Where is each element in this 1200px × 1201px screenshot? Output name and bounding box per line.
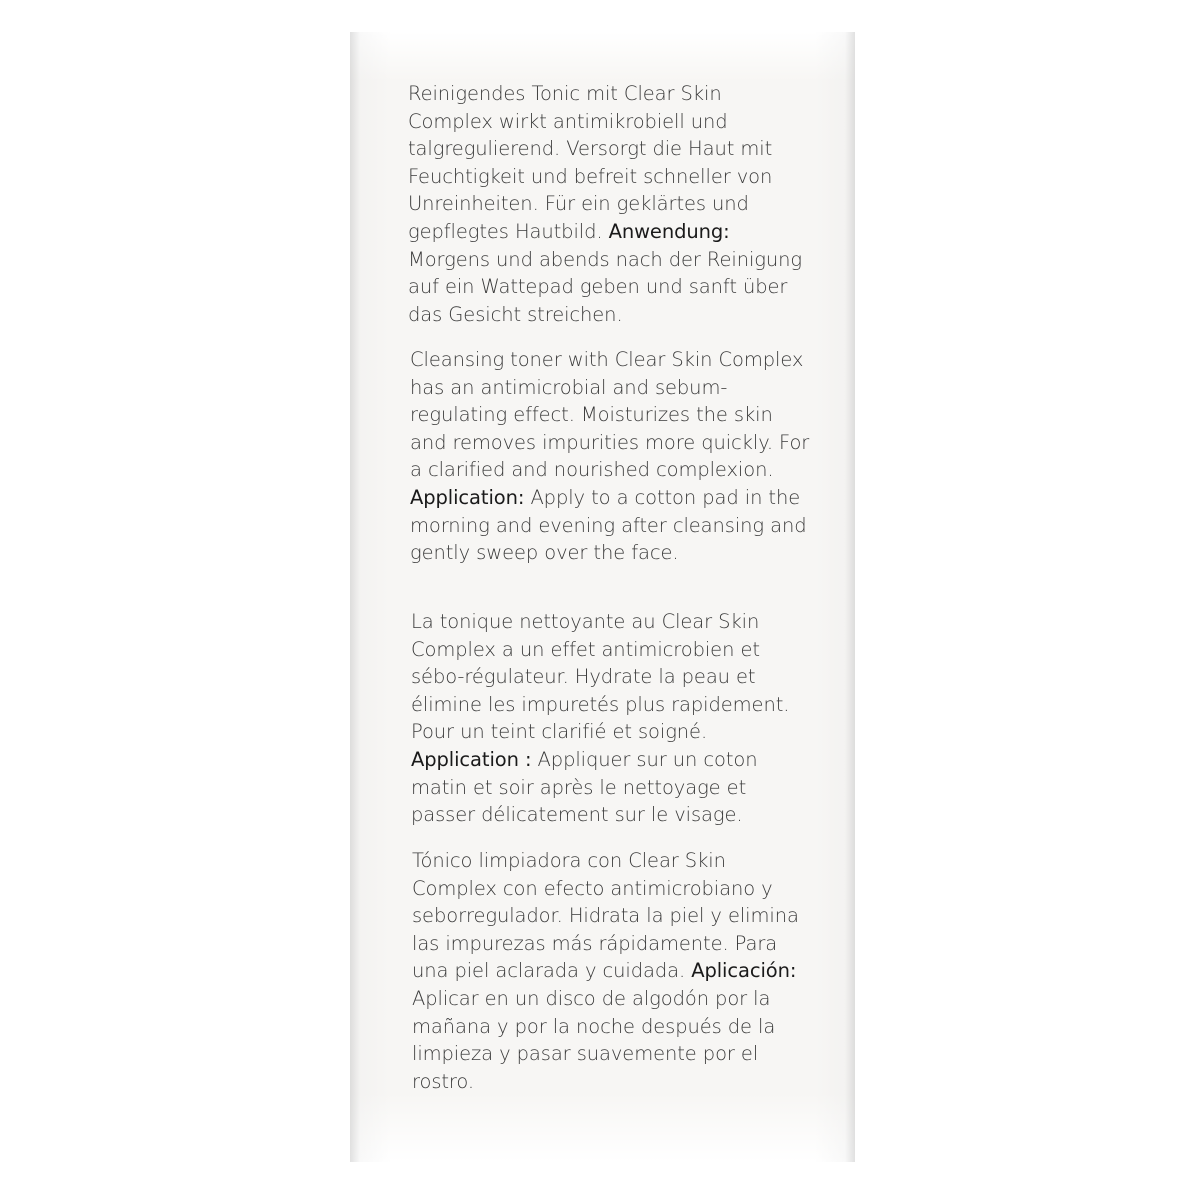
usage-text: Aplicar en un disco de algodón por la ma… xyxy=(412,987,775,1093)
usage-heading: Application : xyxy=(411,748,531,771)
usage-heading: Anwendung: xyxy=(609,220,730,243)
paragraph-french: La tonique nettoyante au Clear Skin Comp… xyxy=(411,608,811,829)
paragraph-text: Reinigendes Tonic mit Clear Skin Complex… xyxy=(408,80,808,328)
paragraph-spanish: Tónico limpiadora con Clear Skin Complex… xyxy=(412,847,812,1095)
usage-heading: Aplicación: xyxy=(691,959,796,982)
intro-text: La tonique nettoyante au Clear Skin Comp… xyxy=(411,610,789,743)
paragraph-text: Tónico limpiadora con Clear Skin Complex… xyxy=(412,847,812,1095)
intro-text: Cleansing toner with Clear Skin Complex … xyxy=(410,348,809,481)
usage-text: Morgens und abends nach der Reinigung au… xyxy=(408,248,802,326)
paragraph-text: Cleansing toner with Clear Skin Complex … xyxy=(410,346,810,567)
paragraph-text: La tonique nettoyante au Clear Skin Comp… xyxy=(411,608,811,829)
intro-text: Reinigendes Tonic mit Clear Skin Complex… xyxy=(408,82,772,243)
paragraph-german: Reinigendes Tonic mit Clear Skin Complex… xyxy=(408,80,808,328)
usage-heading: Application: xyxy=(410,486,524,509)
paragraph-english: Cleansing toner with Clear Skin Complex … xyxy=(410,346,810,567)
